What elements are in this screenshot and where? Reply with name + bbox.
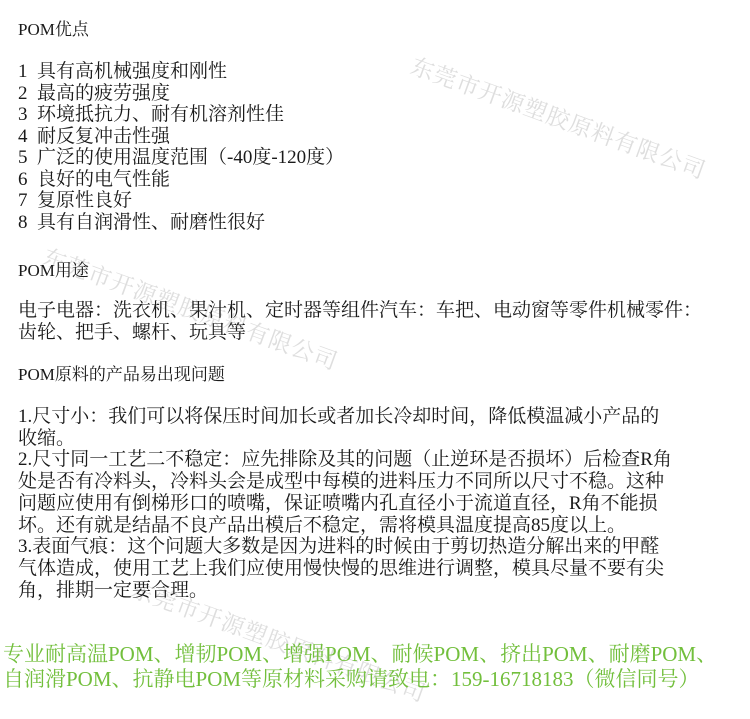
advantage-item: 5广泛的使用温度范围（-40度-120度） <box>18 147 344 169</box>
advantage-item: 7复原性良好 <box>18 190 344 212</box>
uses-paragraph: 电子电器：洗衣机、果汁机、定时器等组件汽车：车把、电动窗等零件机械零件： 齿轮、… <box>18 300 702 344</box>
advantage-item: 6良好的电气性能 <box>18 169 344 191</box>
uses-section-title: POM用途 <box>18 262 89 279</box>
problems-line: 坏。还有就是结晶不良产品出模后不稳定，需将模具温度提高85度以上。 <box>18 515 672 537</box>
item-number: 7 <box>18 190 37 212</box>
problems-line: 收缩。 <box>18 428 672 450</box>
advantages-list: 1具有高机械强度和刚性 2最高的疲劳强度 3环境抵抗力、耐有机溶剂性佳 4耐反复… <box>18 61 344 233</box>
problems-line: 2.尺寸同一工艺二不稳定：应先排除及其的问题（止逆环是否损坏）后检查R角 <box>18 449 672 471</box>
item-text: 环境抵抗力、耐有机溶剂性佳 <box>37 104 284 125</box>
item-number: 5 <box>18 147 37 169</box>
sales-contact-banner: 专业耐高温POM、增韧POM、增强POM、耐候POM、挤出POM、耐磨POM、 … <box>3 642 717 692</box>
sales-products-line: 专业耐高温POM、增韧POM、增强POM、耐候POM、挤出POM、耐磨POM、 <box>3 642 717 667</box>
item-number: 4 <box>18 126 37 148</box>
item-number: 6 <box>18 169 37 191</box>
problems-line: 气体造成，使用工艺上我们应使用慢快慢的思维进行调整，模具尽量不要有尖 <box>18 558 672 580</box>
document-page: 东莞市开源塑胶原料有限公司 东莞市开源塑胶原料有限公司 东莞市开源塑胶原料有限公… <box>0 0 750 719</box>
uses-line: 电子电器：洗衣机、果汁机、定时器等组件汽车：车把、电动窗等零件机械零件： <box>18 300 702 322</box>
advantage-item: 2最高的疲劳强度 <box>18 83 344 105</box>
item-text: 具有自润滑性、耐磨性很好 <box>37 212 265 233</box>
sales-phone-line: 自润滑POM、抗静电POM等原材料采购请致电：159-16718183（微信同号… <box>3 667 717 692</box>
problems-section-title: POM原料的产品易出现问题 <box>18 366 225 383</box>
problems-line: 问题应使用有倒梯形口的喷嘴，保证喷嘴内孔直径小于流道直径，R角不能损 <box>18 493 672 515</box>
advantage-item: 4耐反复冲击性强 <box>18 126 344 148</box>
item-text: 复原性良好 <box>37 190 132 211</box>
uses-line: 齿轮、把手、螺杆、玩具等 <box>18 322 702 344</box>
item-number: 3 <box>18 104 37 126</box>
item-number: 8 <box>18 212 37 234</box>
advantage-item: 1具有高机械强度和刚性 <box>18 61 344 83</box>
item-text: 具有高机械强度和刚性 <box>37 61 227 82</box>
problems-line: 角，排期一定要合理。 <box>18 580 672 602</box>
item-number: 2 <box>18 83 37 105</box>
advantage-item: 3环境抵抗力、耐有机溶剂性佳 <box>18 104 344 126</box>
document-content: POM优点 1具有高机械强度和刚性 2最高的疲劳强度 3环境抵抗力、耐有机溶剂性… <box>0 0 750 719</box>
problems-line: 3.表面气痕：这个问题大多数是因为进料的时候由于剪切热造分解出来的甲醛 <box>18 536 672 558</box>
advantage-item: 8具有自润滑性、耐磨性很好 <box>18 212 344 234</box>
item-text: 耐反复冲击性强 <box>37 126 170 147</box>
item-text: 广泛的使用温度范围（-40度-120度） <box>37 147 344 168</box>
item-number: 1 <box>18 61 37 83</box>
advantages-section-title: POM优点 <box>18 21 89 38</box>
item-text: 良好的电气性能 <box>37 169 170 190</box>
problems-paragraph: 1.尺寸小：我们可以将保压时间加长或者加长冷却时间，降低模温减小产品的 收缩。 … <box>18 406 672 601</box>
item-text: 最高的疲劳强度 <box>37 83 170 104</box>
problems-line: 处是否有冷料头，冷料头会是成型中每模的进料压力不同所以尺寸不稳。这种 <box>18 471 672 493</box>
problems-line: 1.尺寸小：我们可以将保压时间加长或者加长冷却时间，降低模温减小产品的 <box>18 406 672 428</box>
